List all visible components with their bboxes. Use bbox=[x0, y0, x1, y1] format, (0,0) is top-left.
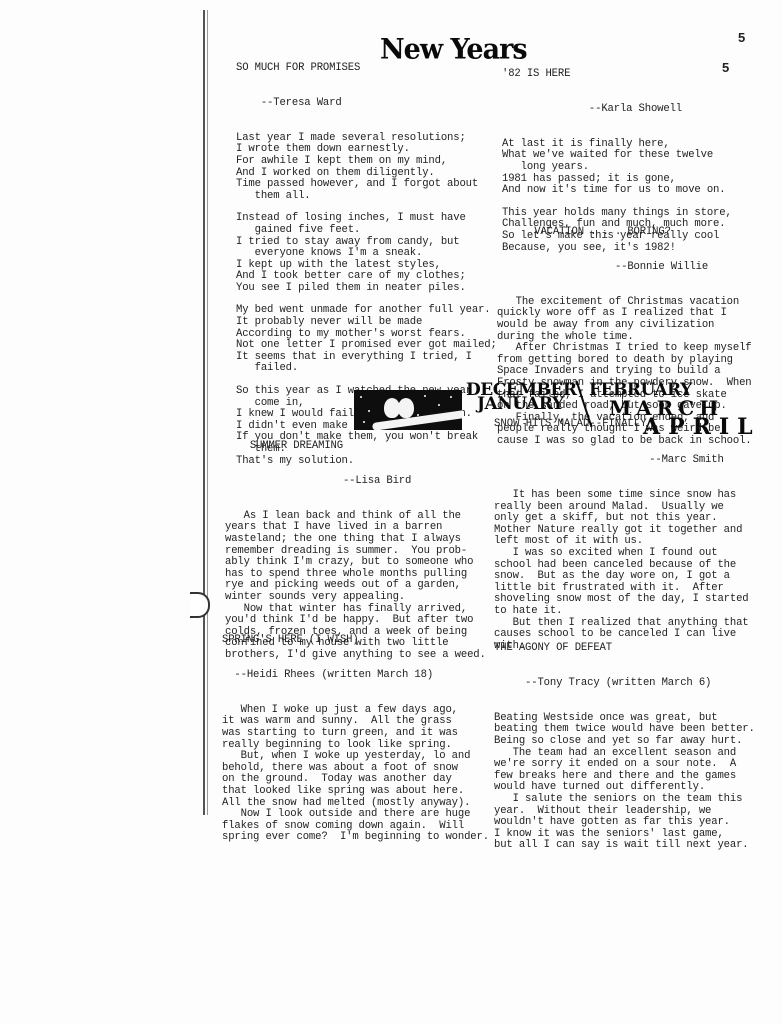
article-title: SPRING'S HERE (I WISH) bbox=[222, 635, 489, 647]
article-title: SUMMER DREAMING bbox=[225, 441, 486, 453]
text-line: You see I piled them in neater piles. bbox=[236, 283, 497, 295]
text-line: gained five feet. bbox=[236, 225, 497, 237]
text-line: we're sorry it ended on a sour note. A bbox=[494, 759, 755, 771]
text-line: everyone knows I'm a sneak. bbox=[236, 248, 497, 260]
article-title: SO MUCH FOR PROMISES bbox=[236, 63, 497, 75]
article-title: THE AGONY OF DEFEAT bbox=[494, 643, 755, 655]
text-line: Time passed however, and I forgot about bbox=[236, 179, 497, 191]
text-line: long years. bbox=[502, 162, 732, 174]
month-art-january: JANUARY bbox=[477, 394, 564, 414]
text-line: failed. bbox=[236, 363, 497, 375]
text-line: spring ever come? I'm beginning to wonde… bbox=[222, 832, 489, 844]
text-line: Now I look outside and there are huge bbox=[222, 809, 489, 821]
article-springs-here: SPRING'S HERE (I WISH) --Heidi Rhees (wr… bbox=[222, 612, 489, 867]
text-line: to hate it. bbox=[494, 606, 749, 618]
text-line: but all I can say is wait till next year… bbox=[494, 840, 755, 852]
binding-edge-shadow bbox=[207, 10, 208, 815]
text-line: snow. But as the day wore on, I got a bbox=[494, 571, 749, 583]
text-line: After Christmas I tried to keep myself bbox=[497, 343, 752, 355]
text-line: wasteland; the one thing that I always bbox=[225, 534, 486, 546]
article-author: --Tony Tracy (written March 6) bbox=[494, 678, 755, 690]
text-line: would be away from any civilization bbox=[497, 320, 752, 332]
text-line: It has been some time since snow has bbox=[494, 490, 749, 502]
text-line: wouldn't have gotten as far this year. bbox=[494, 817, 755, 829]
article-author: --Marc Smith bbox=[494, 455, 749, 467]
article-author: --Lisa Bird bbox=[225, 476, 486, 488]
article-author: --Bonnie Willie bbox=[497, 262, 752, 274]
text-line: Being so close and yet so far away hurt. bbox=[494, 736, 755, 748]
text-line: that looked like spring was about here. bbox=[222, 786, 489, 798]
article-title-snow: SNOW HITS MALAD--FINALLY bbox=[494, 418, 647, 430]
article-author: --Karla Showell bbox=[502, 104, 732, 116]
article-title: '82 IS HERE bbox=[502, 69, 732, 81]
text-line: For awhile I kept them on my mind, bbox=[236, 156, 497, 168]
text-line: I salute the seniors on the team this bbox=[494, 794, 755, 806]
text-line: them all. bbox=[236, 191, 497, 203]
article-agony-of-defeat: THE AGONY OF DEFEAT --Tony Tracy (writte… bbox=[494, 620, 755, 875]
binding-edge bbox=[203, 10, 205, 815]
article-title: VACATION . . . BORING? bbox=[497, 227, 752, 239]
text-line: only get a skiff, but not this year. bbox=[494, 513, 749, 525]
article-author: --Heidi Rhees (written March 18) bbox=[222, 670, 489, 682]
text-line: I was so excited when I found out bbox=[494, 548, 749, 560]
text-line: was starting to turn green, and it was bbox=[222, 728, 489, 740]
article-author: --Teresa Ward bbox=[236, 98, 497, 110]
page-number: 5 bbox=[738, 30, 745, 45]
article-body: Beating Westside once was great, butbeat… bbox=[494, 713, 755, 852]
text-line: But, when I woke up yesterday, lo and bbox=[222, 751, 489, 763]
newsletter-page: 5 5 New Years SO MUCH FOR PROMISES --Ter… bbox=[0, 0, 782, 1024]
text-line: It probably never will be made bbox=[236, 317, 497, 329]
text-line: ably think I'm crazy, but to someone who bbox=[225, 557, 486, 569]
text-line: winter sounds very appealing. bbox=[225, 592, 486, 604]
text-line: And now it's time for us to move on. bbox=[502, 185, 732, 197]
article-body: When I woke up just a few days ago,it wa… bbox=[222, 705, 489, 844]
